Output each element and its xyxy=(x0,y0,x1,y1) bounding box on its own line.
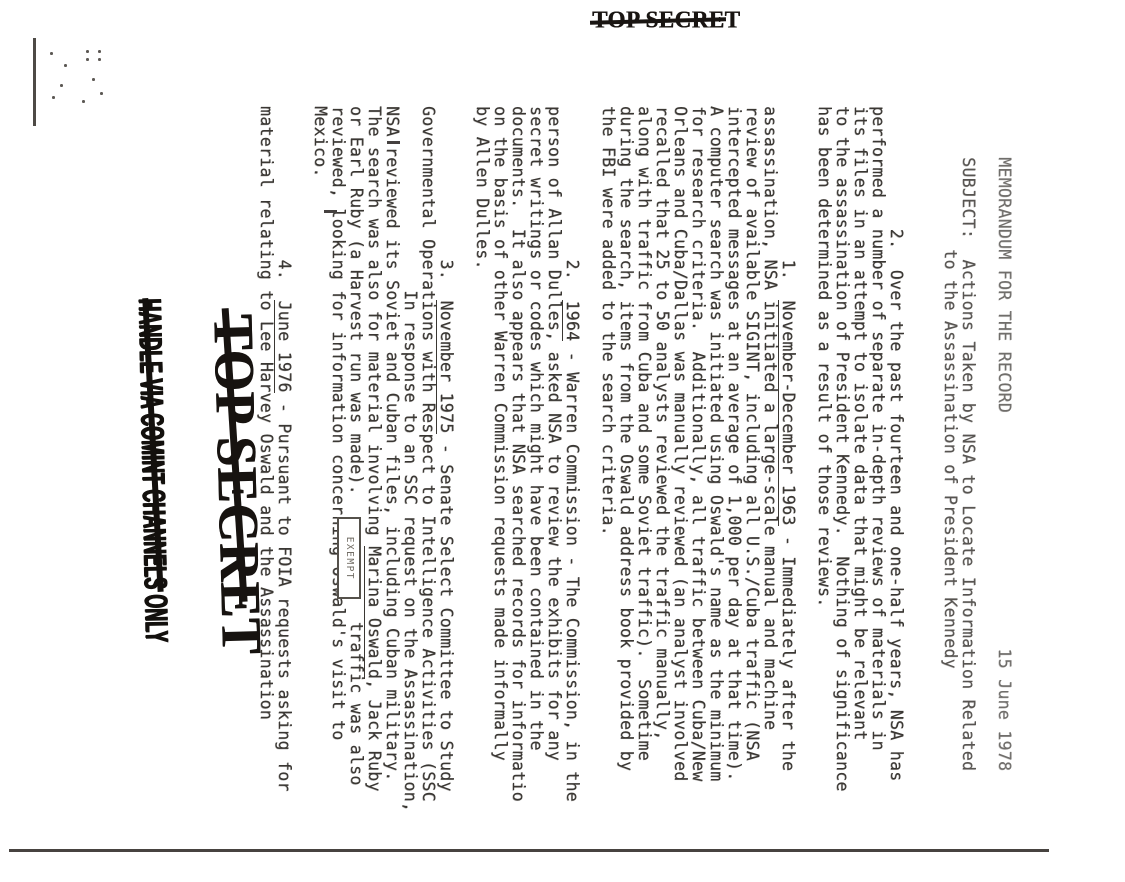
memo-line: assassination, NSA initiated a large-sca… xyxy=(761,106,779,812)
memo-line: In response to an SSC request on the Ass… xyxy=(401,106,419,812)
memo-line: SUBJECT: Actions Taken by NSA to Locate … xyxy=(959,106,977,812)
memo-line: intercepted messages at an average of 1,… xyxy=(725,106,743,812)
scan-speckle xyxy=(93,78,96,81)
memo-line: 2. 1964 - Warren Commission - The Commis… xyxy=(563,106,581,812)
scanned-memo-screenshot: { "colors": { "paper": "#ffffff", "ink":… xyxy=(0,0,1125,882)
underlined-text: June 1976 xyxy=(274,300,294,392)
scan-speckle xyxy=(83,100,86,103)
memo-line: recalled that 25 to 50 analysts reviewed… xyxy=(653,106,671,812)
scan-speckle xyxy=(87,50,90,53)
memo-line: review of available SIGINT, including al… xyxy=(743,106,761,812)
memo-line: 2. Over the past fourteen and one-half y… xyxy=(887,106,905,812)
memo-line: person of Allan Dulles, asked NSA to rev… xyxy=(545,106,563,812)
memo-line: MEMORANDUM FOR THE RECORD 15 June 1978 xyxy=(995,106,1013,812)
memo-line: 1. November-December 1963 - Immediately … xyxy=(779,106,797,812)
scan-speckle xyxy=(65,64,68,67)
memo-line: for research criteria. Additionally, all… xyxy=(689,106,707,812)
scan-speckle xyxy=(101,92,104,95)
scan-speckle xyxy=(99,50,102,53)
scan-speckle xyxy=(51,52,54,55)
memo-line: on the basis of other Warren Commission … xyxy=(491,106,509,812)
memo-line xyxy=(293,106,311,812)
underlined-text: November 1975 xyxy=(436,300,456,433)
memo-page-rotated: MEMORANDUM FOR THE RECORD 15 June 1978 S… xyxy=(0,0,1125,882)
exempt-stamp-box: EXEMPT xyxy=(337,517,361,599)
scan-speckle xyxy=(387,141,400,144)
memo-line: A computer search was initiated using Os… xyxy=(707,106,725,812)
memo-line xyxy=(923,106,941,812)
memo-line: Orleans and Cuba/Dallas was manually rev… xyxy=(671,106,689,812)
scan-speckle xyxy=(324,210,337,213)
memo-line: by Allen Dulles. xyxy=(473,106,491,812)
memo-line: The search was also for material involvi… xyxy=(365,106,383,812)
scan-speckle xyxy=(87,58,90,61)
memo-line xyxy=(977,106,995,812)
memo-body-text: MEMORANDUM FOR THE RECORD 15 June 1978 S… xyxy=(257,106,1013,812)
scan-speckle xyxy=(99,58,102,61)
underlined-text: Marina Oswald xyxy=(364,546,384,679)
memo-line: its files in an attempt to isolate data … xyxy=(851,106,869,812)
memo-line: 3. November 1975 - Senate Select Committ… xyxy=(437,106,455,812)
memo-line: along with traffic from Cuba and some So… xyxy=(635,106,653,812)
memo-line: NSA reviewed its Soviet and Cuban files,… xyxy=(383,106,401,812)
top-secret-stamp-bottom: TOP SECRET xyxy=(194,313,275,587)
scan-speckle xyxy=(53,96,56,99)
memo-line: has been determined as a result of those… xyxy=(815,106,833,812)
memo-line: or Earl Ruby (a Harvest run was made). E… xyxy=(347,106,365,812)
underlined-text: November-December 1963 xyxy=(778,300,798,525)
underlined-text: 1964 xyxy=(562,300,582,341)
memo-line: during the search, items from the Oswald… xyxy=(617,106,635,812)
memo-line: 4. June 1976 - Pursuant to FOIA requests… xyxy=(275,106,293,812)
memo-line: documents. It also appears that NSA sear… xyxy=(509,106,527,812)
memo-line xyxy=(581,106,599,812)
memo-line xyxy=(905,106,923,812)
memo-line: the FBI were added to the search criteri… xyxy=(599,106,617,812)
memo-line xyxy=(455,106,473,812)
memo-line: Governmental Operations with Respect to … xyxy=(419,106,437,812)
comint-caveat-stamp: HANDLE VIA COMINT CHANNELS ONLY xyxy=(128,298,178,599)
scan-edge-line xyxy=(9,849,1049,852)
memo-line: secret writings or codes which might hav… xyxy=(527,106,545,812)
memo-line: to the Assassination of President Kenned… xyxy=(941,106,959,812)
memo-line: to the assassination of President Kenned… xyxy=(833,106,851,812)
scan-mark-tick xyxy=(34,38,37,126)
memo-line: performed a number of separate in-depth … xyxy=(869,106,887,812)
top-secret-stamp-top-edge: TOP SECRET xyxy=(592,3,720,39)
memo-line xyxy=(797,106,815,812)
scan-speckle xyxy=(61,84,64,87)
